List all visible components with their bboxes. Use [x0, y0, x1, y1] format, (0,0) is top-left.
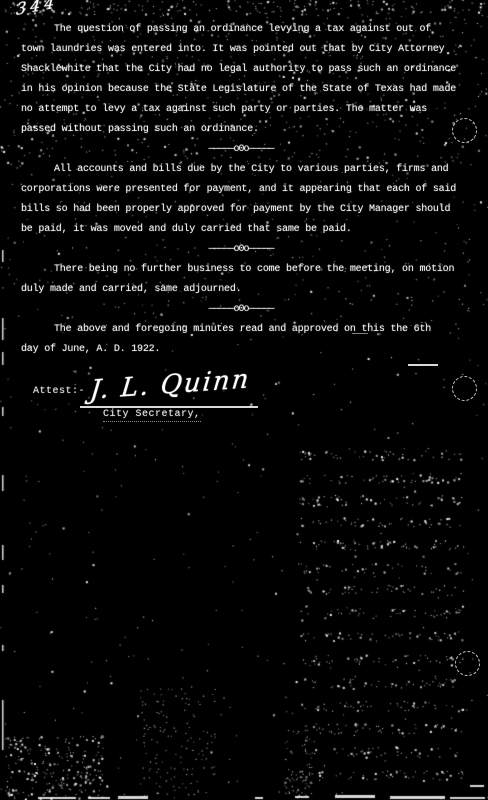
- minutes-line: duly made and carried, same adjourned.: [21, 280, 461, 300]
- punch-hole-icon: [452, 118, 477, 143]
- stray-scan-mark: [408, 364, 438, 366]
- paragraph-approval: The above and foregoing minutes read and…: [21, 320, 461, 360]
- minutes-line: All accounts and bills due by the City t…: [21, 160, 461, 180]
- scanned-minutes-page: 344 The question of passing an ordinance…: [0, 0, 488, 800]
- minutes-line: corporations were presented for payment,…: [21, 180, 461, 200]
- section-divider: —————o0o—————: [21, 140, 461, 160]
- minutes-body: The question of passing an ordinance lev…: [21, 20, 461, 360]
- punch-hole-icon: [455, 651, 480, 676]
- section-divider: —————o0o—————: [21, 240, 461, 260]
- minutes-line: There being no further business to come …: [21, 260, 461, 280]
- secretary-title: City Secretary,: [103, 409, 201, 422]
- minutes-line: The question of passing an ordinance lev…: [21, 20, 461, 40]
- section-divider: —————o0o—————: [21, 300, 461, 320]
- attest-label: Attest:-: [33, 386, 85, 397]
- punch-hole-icon: [452, 376, 477, 401]
- paragraph-tax-ordinance: The question of passing an ordinance lev…: [21, 20, 461, 140]
- minutes-line: bills so had been properly approved for …: [21, 200, 461, 220]
- stray-scan-mark: [352, 333, 368, 334]
- paragraph-adjournment: There being no further business to come …: [21, 260, 461, 300]
- minutes-line: be paid, it was moved and duly carried t…: [21, 220, 461, 240]
- signature-underline: [80, 406, 258, 408]
- minutes-line: town laundries was entered into. It was …: [21, 40, 461, 60]
- minutes-line: no attempt to levy a tax against such pa…: [21, 100, 461, 120]
- paragraph-accounts-bills: All accounts and bills due by the City t…: [21, 160, 461, 240]
- minutes-line: The above and foregoing minutes read and…: [21, 320, 461, 340]
- minutes-line: day of June, A. D. 1922.: [21, 340, 461, 360]
- minutes-line: passed without passing such an ordinance…: [21, 120, 461, 140]
- minutes-line: Shacklewhite that the City had no legal …: [21, 60, 461, 80]
- minutes-line: in his opinion because the State Legisla…: [21, 80, 461, 100]
